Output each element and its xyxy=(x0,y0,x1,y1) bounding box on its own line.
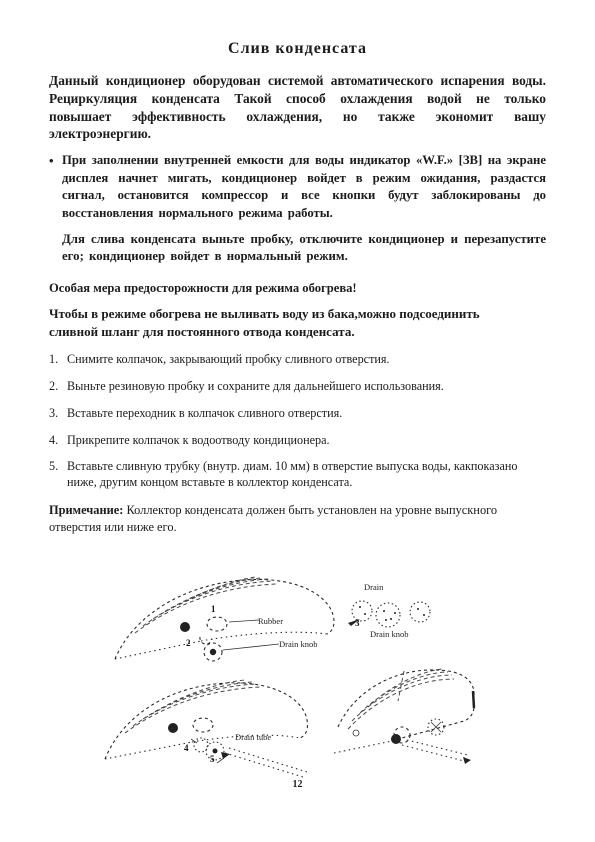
fig1-label-drain-knob: Drain knob xyxy=(279,639,317,649)
fig2-marker-3: 3 xyxy=(355,618,360,628)
step-text: Снимите колпачок, закрывающий пробку сли… xyxy=(67,352,529,368)
list-item: 5. Вставьте сливную трубку (внутр. диам.… xyxy=(49,459,546,491)
step-number: 5. xyxy=(49,459,67,491)
note-paragraph: Примечание: Коллектор конденсата должен … xyxy=(49,502,514,536)
step-number: 1. xyxy=(49,352,67,368)
step-text: Вставьте сливную трубку (внутр. диам. 10… xyxy=(67,459,529,491)
drain-paragraph: Для слива конденсата выньте пробку, откл… xyxy=(62,231,546,267)
fig2-label-drain: Drain xyxy=(364,582,383,592)
list-item: 1. Снимите колпачок, закрывающий пробку … xyxy=(49,352,546,368)
intro-paragraph: Данный кондиционер оборудован системой а… xyxy=(49,72,546,143)
bullet-item: • При заполнении внутренней емкости для … xyxy=(49,152,546,222)
page-number: 12 xyxy=(0,779,595,790)
fig2-label-drain-knob: Drain knob xyxy=(370,629,408,639)
note-label: Примечание: xyxy=(49,503,123,517)
step-text: Вставьте переходник в колпачок сливного … xyxy=(67,406,529,422)
bullet-icon: • xyxy=(49,152,62,222)
fig3-label-drain-tube: Drain tube xyxy=(235,732,271,742)
page-content: Слив конденсата Данный кондиционер обору… xyxy=(49,40,546,536)
manual-page: Слив конденсата Данный кондиционер обору… xyxy=(0,0,595,842)
step-number: 4. xyxy=(49,433,67,449)
fig1-label-rubber: Rubber xyxy=(258,616,283,626)
fig3-marker-5: 5 xyxy=(210,754,215,764)
rubber-plug-icon xyxy=(180,622,190,632)
list-item: 4. Прикрепите колпачок к водоотводу конд… xyxy=(49,433,546,449)
page-title: Слив конденсата xyxy=(49,40,546,58)
fig3-marker-4: 4 xyxy=(184,743,189,753)
step-number: 2. xyxy=(49,379,67,395)
drain-tube-icon xyxy=(225,748,307,777)
figure-ac-back-drain-tube xyxy=(97,673,322,781)
figure-ac-back-drain-knob xyxy=(105,571,355,671)
step-text: Прикрепите колпачок к водоотводу кондици… xyxy=(67,433,529,449)
figure-ac-side-tube xyxy=(332,663,492,771)
figures-area: 1 2 Rubber Drain knob Drain 3 Drain knob xyxy=(0,568,595,784)
list-item: 2. Выньте резиновую пробку и сохраните д… xyxy=(49,379,546,395)
fig1-marker-2: 2 xyxy=(186,638,191,648)
step-text: Выньте резиновую пробку и сохраните для … xyxy=(67,379,529,395)
bullet-text: При заполнении внутренней емкости для во… xyxy=(62,152,546,222)
fig1-marker-1: 1 xyxy=(211,604,216,614)
steps-list: 1. Снимите колпачок, закрывающий пробку … xyxy=(49,352,546,491)
heating-warning-heading: Особая мера предосторожности для режима … xyxy=(49,281,546,296)
list-item: 3. Вставьте переходник в колпачок сливно… xyxy=(49,406,546,422)
heating-warning-text: Чтобы в режиме обогрева не выливать воду… xyxy=(49,305,511,340)
step-number: 3. xyxy=(49,406,67,422)
